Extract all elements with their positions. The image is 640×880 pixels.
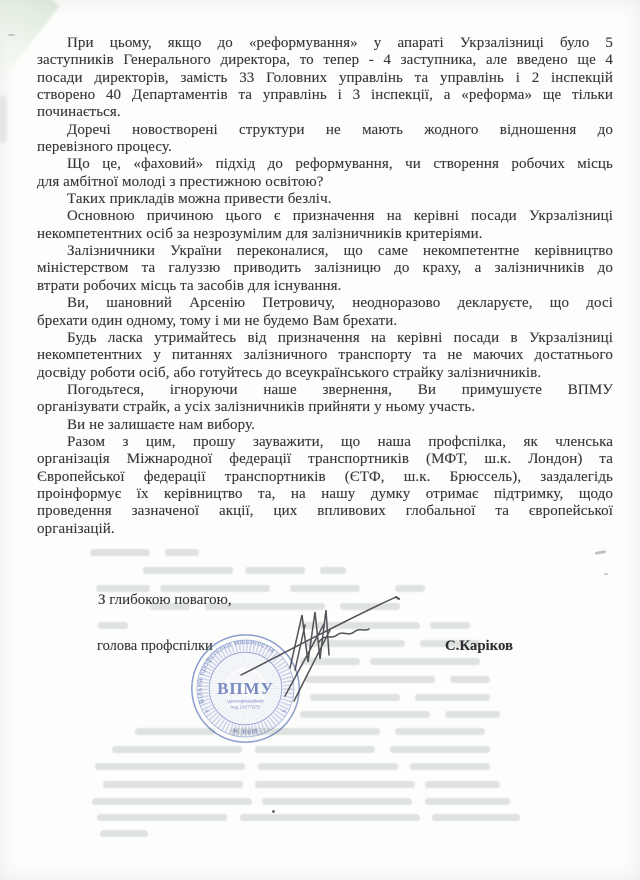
letter-line: брехати один одному, тому і ми не будемо… — [37, 313, 613, 330]
bleedthrough-line — [245, 567, 305, 574]
letter-line: Ви, шановний Арсенію Петровичу, неоднора… — [37, 295, 613, 312]
letter-line: Доречі новостворені структури не мають ж… — [37, 122, 613, 139]
bleedthrough-line — [262, 798, 412, 805]
letter-line: міністерством та галуззю приводить заліз… — [37, 260, 613, 277]
scan-artifact-speck — [8, 34, 15, 36]
letter-line: досвіду роботи осіб, або готуйтесь до вс… — [37, 365, 613, 382]
letter-line: для амбітної молоді з престижною освітою… — [37, 174, 613, 191]
letter-line: некомпетентних осіб за незрозумілим для … — [37, 226, 613, 243]
bleedthrough-line — [445, 711, 500, 718]
scan-artifact-edge-smudge — [0, 96, 6, 142]
bleedthrough-line — [143, 567, 233, 574]
letter-line: Що це, «фаховий» підхід до реформування,… — [37, 156, 613, 173]
bleedthrough-line — [430, 622, 470, 629]
letter-line: проінформує їх керівництво та, на нашу д… — [37, 486, 613, 503]
bleedthrough-line — [450, 676, 490, 683]
letter-line: починається. — [37, 104, 613, 121]
bleedthrough-line — [255, 781, 415, 788]
letter-line: організацій. — [37, 521, 613, 538]
letter-line: Таких прикладів можна привести безліч. — [37, 191, 613, 208]
letter-line: організація Міжнародної федерації трансп… — [37, 451, 613, 468]
bleedthrough-line — [240, 814, 420, 821]
signer-role: голова профспілки — [97, 638, 213, 655]
stamp-star-left: * — [205, 707, 209, 717]
bleedthrough-line — [92, 798, 252, 805]
scan-artifact-speck — [272, 810, 275, 813]
bleedthrough-line — [425, 798, 510, 805]
letter-line: перевізного процесу. — [37, 139, 613, 156]
bleedthrough-line — [425, 781, 500, 788]
scan-artifact-speck — [604, 573, 608, 575]
bleedthrough-line — [90, 549, 150, 556]
bleedthrough-line — [258, 763, 398, 770]
letter-line: посади директорів, замість 33 Головних у… — [37, 70, 613, 87]
bleedthrough-line — [415, 694, 490, 701]
bleedthrough-line — [165, 549, 199, 556]
signer-name: С.Каріков — [445, 638, 513, 655]
letter-line: Основною причиною цього є призначення на… — [37, 208, 613, 225]
letter-line: проведення зазначеної акції, цих впливов… — [37, 503, 613, 520]
bleedthrough-line — [112, 746, 242, 753]
letter-line: заступників Генерального директора, то т… — [37, 52, 613, 69]
bleedthrough-line — [96, 585, 150, 592]
scanned-letter-page: При цьому, якщо до «реформування» у апар… — [0, 0, 640, 880]
bleedthrough-line — [97, 814, 227, 821]
bleedthrough-line — [100, 830, 148, 837]
letter-line: Разом з цим, прошу зауважити, що наша пр… — [37, 434, 613, 451]
bleedthrough-line — [410, 763, 490, 770]
letter-line: Будь ласка утримайтесь від призначення н… — [37, 330, 613, 347]
bleedthrough-line — [432, 814, 520, 821]
closing-salutation: З глибокою повагою, — [98, 592, 232, 609]
letter-line: Погодьтеся, ігноруючи наше звернення, Ви… — [37, 382, 613, 399]
letter-line: створено 40 Департаментів та управлінь і… — [37, 87, 613, 104]
letter-line: При цьому, якщо до «реформування» у апар… — [37, 35, 613, 52]
bleedthrough-line — [103, 781, 243, 788]
letter-line: організувати страйк, а усіх залізничникі… — [37, 399, 613, 416]
letter-line: втрати робочих місць та засобів для існу… — [37, 278, 613, 295]
bleedthrough-line — [320, 567, 346, 574]
letter-line: Ви не залишаєте нам вибору. — [37, 417, 613, 434]
bleedthrough-line — [390, 746, 490, 753]
bleedthrough-line — [395, 728, 485, 735]
letter-body: При цьому, якщо до «реформування» у апар… — [37, 35, 613, 538]
letter-line: Європейської федерації транспортників (Є… — [37, 469, 613, 486]
letter-line: некомпетентних у питаннях залізничного т… — [37, 347, 613, 364]
letter-line: Залізничники України переконалися, що са… — [37, 243, 613, 260]
handwritten-signature — [215, 580, 415, 715]
bleedthrough-line — [95, 763, 245, 770]
bleedthrough-line — [98, 622, 128, 629]
bleedthrough-line — [255, 746, 375, 753]
